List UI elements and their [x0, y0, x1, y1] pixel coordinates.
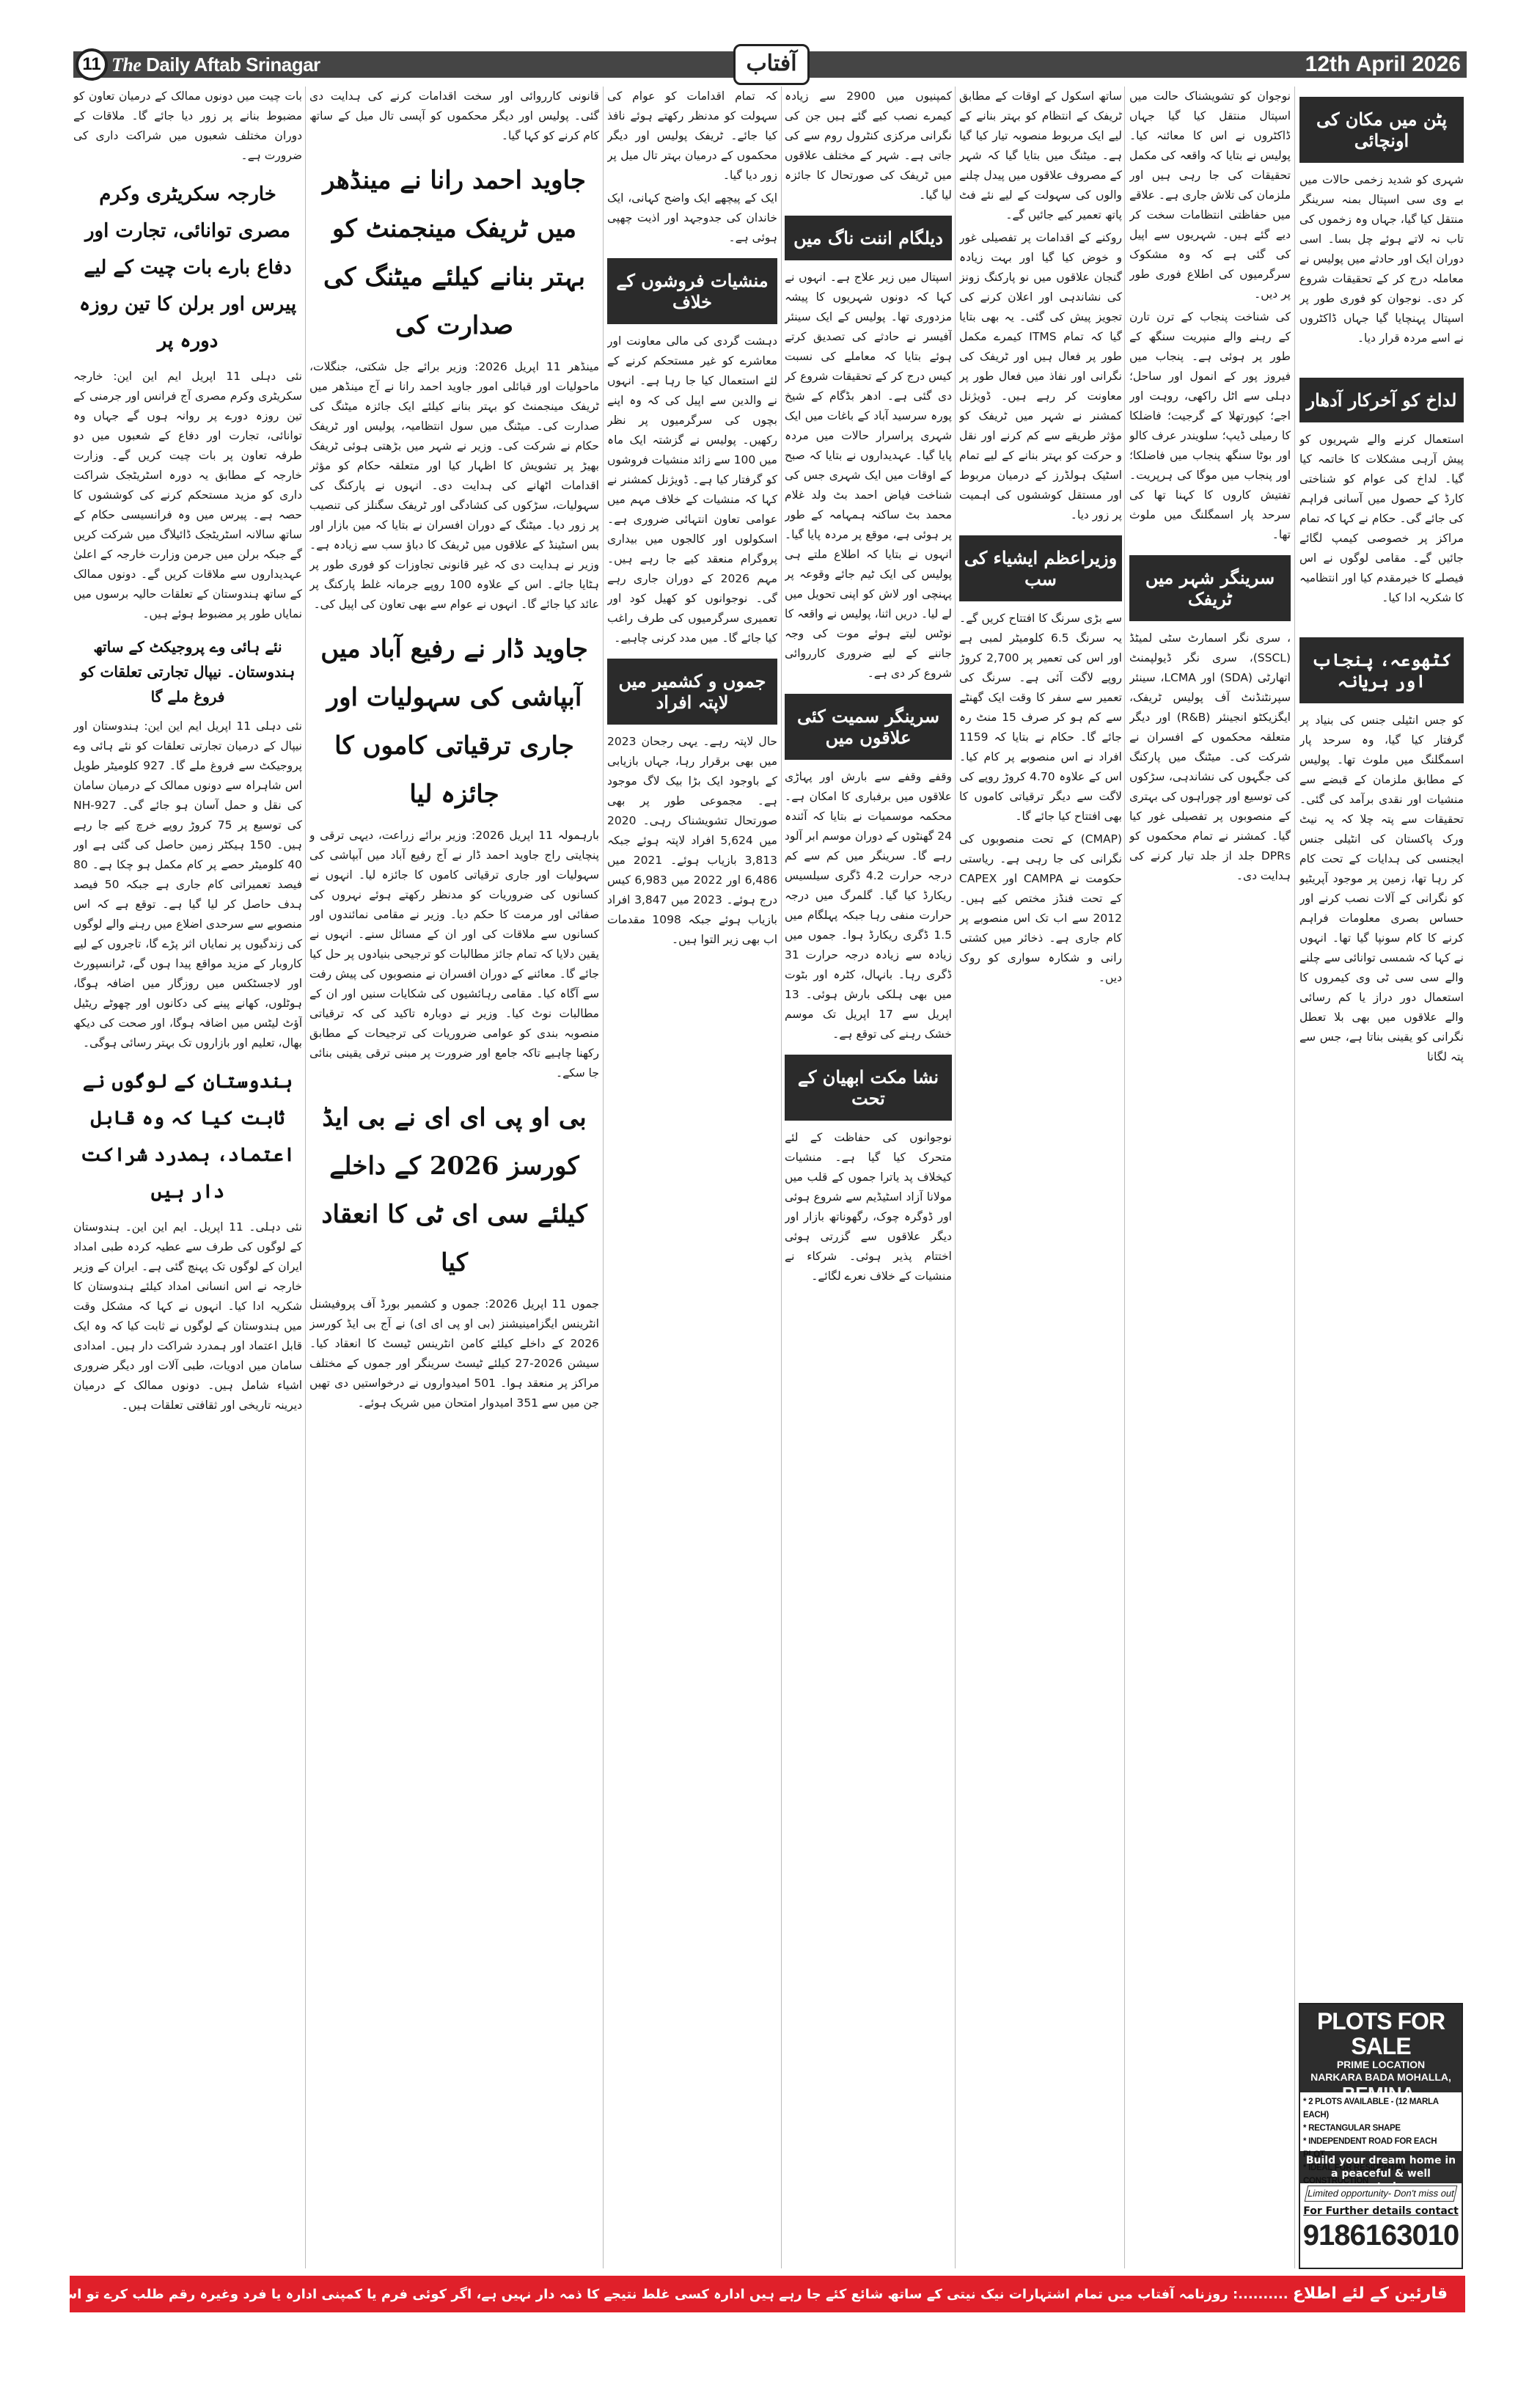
article-body: نئی دہلی۔ 11 اپریل۔ ایم این این۔ ہندوستا… [73, 1217, 302, 1415]
article-column-5: کہ تمام اقدامات کو عوام کی سہولت کو مدنظ… [607, 87, 777, 2268]
ad-urgency: Limited opportunity- Don't miss out [1305, 2186, 1458, 2202]
article-body: کو جس انٹیلی جنس کی بنیاد پر گرفتار کیا … [1299, 711, 1464, 1067]
ad-features-list: * 2 PLOTS AVAILABLE - (12 MARLA EACH) * … [1300, 2092, 1462, 2151]
column-divider [603, 87, 604, 2268]
headline-box: نشا مکت ابھیان کے تحت [785, 1055, 952, 1121]
headline: بی او پی ای ای نے بی ایڈ کورسز 2026 کے د… [309, 1093, 599, 1287]
article-body: (CMAP) کے تحت منصوبوں کی نگرانی کی جا رہ… [959, 829, 1122, 988]
ad-phone-number: 9186163010 [1300, 2219, 1462, 2252]
headline-box: جموں و کشمیر میں لاپتہ افراد [607, 659, 777, 725]
ad-address-line1: NARKARA BADA MOHALLA, [1303, 2071, 1459, 2084]
plots-for-sale-ad: PLOTS FOR SALE PRIME LOCATION NARKARA BA… [1299, 2003, 1463, 2269]
column-divider [1294, 87, 1295, 2268]
article-body: روکنے کے اقدامات پر تفصیلی غور و خوض کیا… [959, 228, 1122, 525]
headline: جاوید احمد رانا نے مینڈھر میں ٹریفک مینج… [309, 156, 599, 350]
article-body: بارہمولہ 11 اپریل 2026: وزیر برائے زراعت… [309, 826, 599, 1083]
article-body: اسپتال میں زیر علاج ہے۔ انہوں نے کہا کہ … [785, 268, 952, 684]
ad-subtitle: PRIME LOCATION [1303, 2059, 1459, 2071]
column-divider [955, 87, 956, 2268]
headline-box: سرینگر شہر میں ٹریفک [1129, 555, 1291, 621]
article-column-7: بات چیت میں دونوں ممالک کے درمیان تعاون … [73, 87, 302, 2268]
reader-notice-banner: قارئین کے لئے اطلاع ..........: روزنامہ … [70, 2276, 1465, 2312]
paper-name-text: Daily Aftab Srinagar [146, 54, 320, 76]
article-body: کی شناخت پنجاب کے ترن تارن کے رہنے والے … [1129, 307, 1291, 545]
article-column-4: کمپنیوں میں 2900 سے زیادہ کیمرے نصب کیے … [785, 87, 952, 2268]
notice-text: ..........: روزنامہ آفتاب میں تمام اشتہا… [70, 2287, 1288, 2302]
headline: ہندوستان کے لوگوں نے ثابت کیا کہ وہ قابل… [73, 1063, 302, 1210]
article-body: مینڈھر 11 اپریل 2026: وزیر برائے جل شکتی… [309, 357, 599, 615]
article-column-6: قانونی کارروائی اور سخت اقدامات کرنے کی … [309, 87, 599, 2268]
headline: جاوید ڈار نے رفیع آباد میں آبپاشی کی سہو… [309, 625, 599, 818]
headline-box: دیلگام اننت ناگ میں [785, 216, 952, 260]
ad-header: PLOTS FOR SALE PRIME LOCATION NARKARA BA… [1300, 2004, 1462, 2092]
article-column-3: ساتھ اسکول کے اوقات کے مطابق ٹریفک کے ان… [959, 87, 1122, 2268]
article-body: جموں 11 اپریل 2026: جموں و کشمیر بورڈ آف… [309, 1294, 599, 1413]
article-body: ساتھ اسکول کے اوقات کے مطابق ٹریفک کے ان… [959, 87, 1122, 225]
aftab-logo-icon: آفتاب [733, 44, 810, 85]
article-column-2: نوجوان کو تشویشناک حالت میں اسپتال منتقل… [1129, 87, 1291, 2268]
article-body: حال لاپتہ رہے۔ یہی رجحان 2023 میں بھی بر… [607, 732, 777, 950]
article-body: ، سری نگر اسمارٹ سٹی لمیٹڈ (SSCL)، سری ن… [1129, 629, 1291, 886]
ad-title: PLOTS FOR SALE [1303, 2009, 1459, 2059]
column-divider [305, 87, 306, 2268]
article-column-1: پٹن میں مکان کی اونچائی شہری کو شدید زخم… [1299, 87, 1464, 1993]
article-body: نوجوان کو تشویشناک حالت میں اسپتال منتقل… [1129, 87, 1291, 304]
notice-lead: قارئین کے لئے اطلاع [1293, 2285, 1448, 2303]
paper-name-prefix: The [111, 54, 141, 76]
article-body: شہری کو شدید زخمی حالات میں بے وی سی اسپ… [1299, 170, 1464, 348]
column-divider [781, 87, 782, 2268]
paper-name: The Daily Aftab Srinagar [111, 53, 320, 77]
article-body: دہشت گردی کی مالی معاونت اور معاشرے کو غ… [607, 331, 777, 648]
page-number-badge: 11 [76, 48, 108, 81]
article-body: کہ تمام اقدامات کو عوام کی سہولت کو مدنظ… [607, 87, 777, 186]
article-body: کمپنیوں میں 2900 سے زیادہ کیمرے نصب کیے … [785, 87, 952, 205]
headline-box: لداخ کو آخرکار آدھار [1299, 378, 1464, 422]
article-body: سے بڑی سرنگ کا افتتاح کریں گے۔ یہ سرنگ 6… [959, 609, 1122, 827]
headline: نئے ہائی وے پروجیکٹ کے ساتھ ہندوستان۔ نی… [73, 634, 302, 709]
article-body: نوجوانوں کی حفاظت کے لئے متحرک کیا گیا ہ… [785, 1128, 952, 1286]
headline: خارجہ سکریٹری وکرم مصری توانائی، تجارت ا… [73, 176, 302, 359]
article-body: استعمال کرنے والے شہریوں کو پیش آرہی مشک… [1299, 430, 1464, 608]
ad-contact-label: For Further details contact [1300, 2204, 1462, 2219]
article-body: نئی دہلی 11 اپریل ایم این این: ہندوستان … [73, 717, 302, 1053]
headline-box: سرینگر سمیت کئی علاقوں میں [785, 694, 952, 760]
article-body: وقفے وقفے سے بارش اور پہاڑی علاقوں میں ب… [785, 767, 952, 1044]
headline-box: پٹن میں مکان کی اونچائی [1299, 97, 1464, 163]
column-divider [1124, 87, 1125, 2268]
article-body: نئی دہلی 11 اپریل ایم این این: خارجہ سکر… [73, 367, 302, 624]
ad-feature: * RECTANGULAR SHAPE [1303, 2122, 1459, 2135]
headline-box: کٹھوعہ، پنجاب اور ہریانہ [1299, 637, 1464, 703]
headline-box: وزیراعظم ایشیاء کی سب [959, 535, 1122, 601]
issue-date: 12th April 2026 [1305, 53, 1461, 76]
article-body: بات چیت میں دونوں ممالک کے درمیان تعاون … [73, 87, 302, 166]
headline-box: منشیات فروشوں کے خلاف [607, 258, 777, 324]
article-body: ایک کے پیچھے ایک واضح کہانی، ایک خاندان … [607, 188, 777, 248]
article-body: قانونی کارروائی اور سخت اقدامات کرنے کی … [309, 87, 599, 146]
